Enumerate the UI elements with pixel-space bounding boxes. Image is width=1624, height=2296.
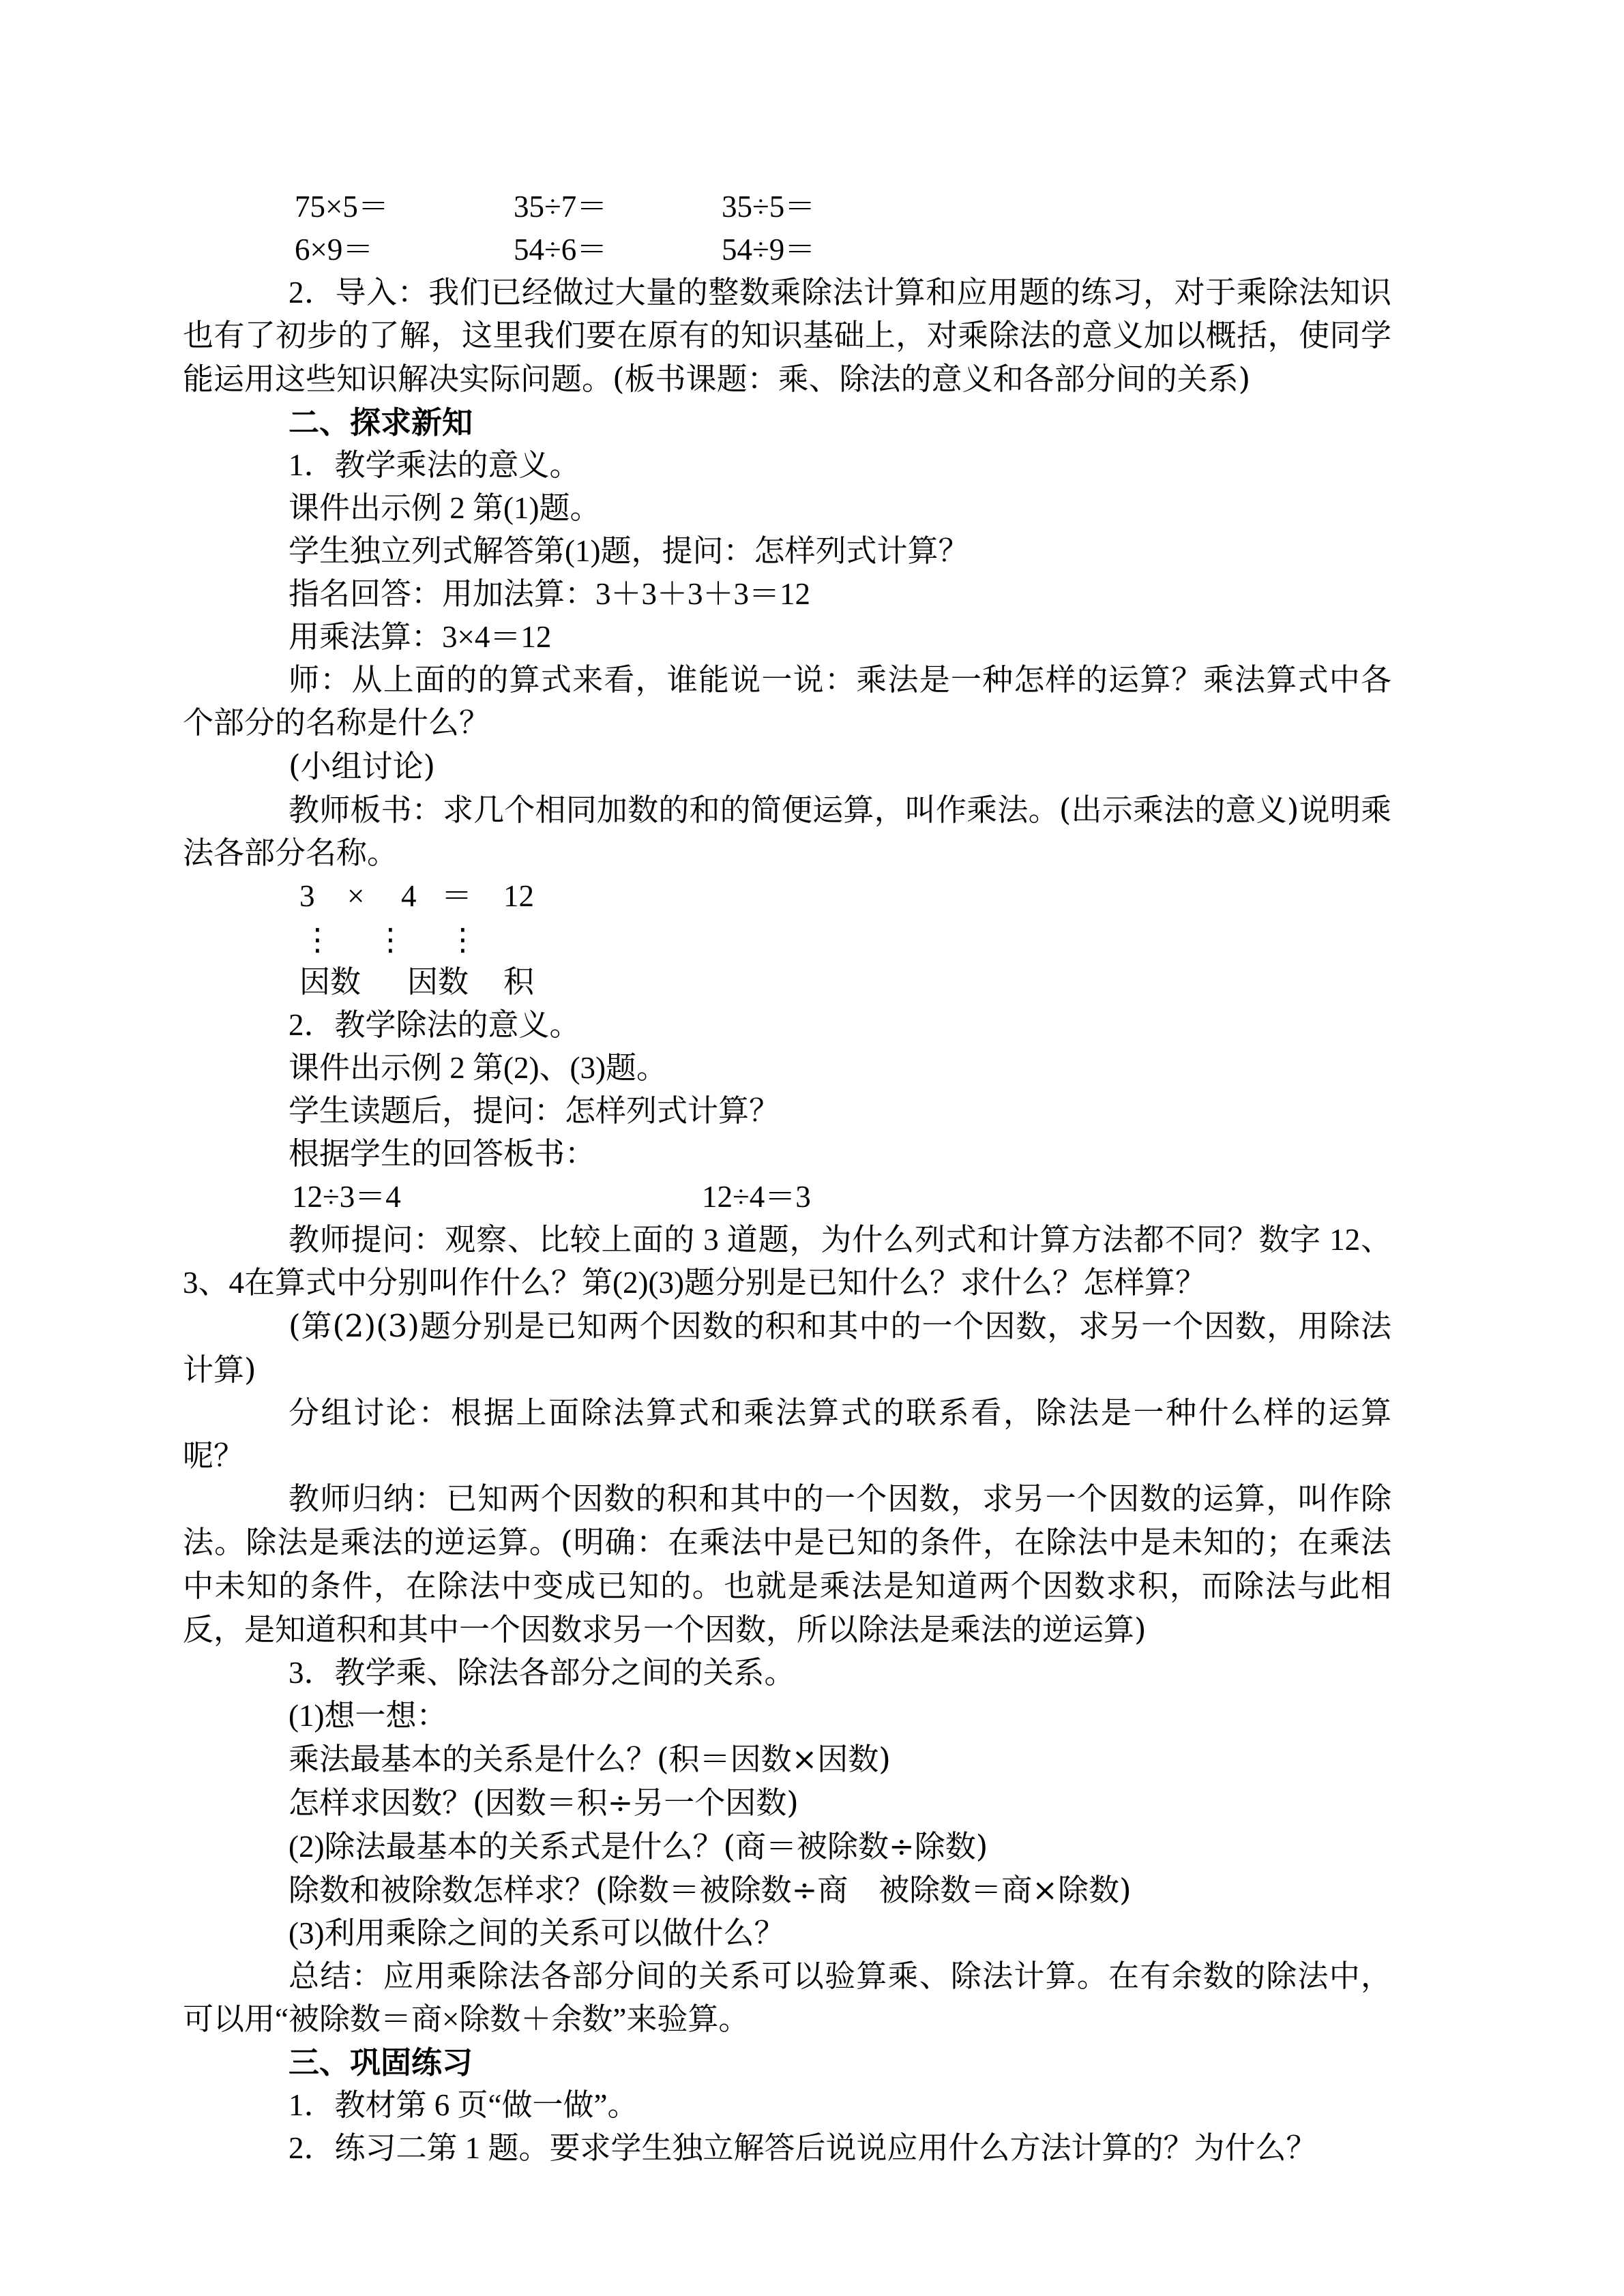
text-segment: 1．教材第 6 页“做一做”。 (289, 2088, 638, 2122)
multiplication-parts-labels: 因数因数积 (183, 961, 1391, 1004)
equation-row: 6×9＝54÷6＝54÷9＝ (183, 228, 1391, 271)
paragraph: 2．练习二第 1 题。要求学生独立解答后说说应用什么方法计算的？为什么？ (183, 2127, 1391, 2170)
equation-cell: 4 (401, 875, 417, 918)
annotation-text: (出示乘法的意义) (1059, 792, 1299, 828)
paragraph: 教师提问：观察、比较上面的 3 道题，为什么列式和计算方法都不同？数字 12、3… (183, 1219, 1391, 1304)
paragraph: (2)除法最基本的关系式是什么？(商＝被除数÷除数) (183, 1825, 1391, 1868)
vertical-ellipsis: ⋮ (375, 918, 406, 961)
paragraph: 学生独立列式解答第(1)题，提问：怎样列式计算？ (183, 530, 1391, 573)
paragraph: 指名回答：用加法算：3＋3＋3＋3＝12 (183, 573, 1391, 616)
section-heading: 三、巩固练习 (183, 2041, 1391, 2084)
paragraph: 3．教学乘、除法各部分之间的关系。 (183, 1652, 1391, 1695)
paragraph: 1．教材第 6 页“做一做”。 (183, 2084, 1391, 2127)
paragraph: 除数和被除数怎样求？(除数＝被除数÷商 被除数＝商×除数) (183, 1868, 1391, 1912)
paragraph: (小组讨论) (183, 745, 1391, 788)
paragraph: (3)利用乘除之间的关系可以做什么？ (183, 1912, 1391, 1955)
annotation-text: (板书课题：乘、除法的意义和各部分间的关系) (612, 361, 1250, 397)
text-segment: 教师板书：求几个相同加数的和的简便运算，叫作乘法。 (289, 793, 1059, 827)
paragraph: 1．教学乘法的意义。 (183, 444, 1391, 487)
text-segment: 课件出示例 2 第(1)题。 (289, 491, 600, 525)
text-segment: 课件出示例 2 第(2)、(3)题。 (289, 1051, 667, 1085)
text-segment: 2．练习二第 1 题。要求学生独立解答后说说应用什么方法计算的？为什么？ (289, 2131, 1317, 2165)
annotation-text: (因数＝积÷另一个因数) (473, 1785, 799, 1821)
division-equations-row: 12÷3＝412÷4＝3 (183, 1176, 1391, 1219)
paragraph: 总结：应用乘除法各部分间的关系可以验算乘、除法计算。在有余数的除法中，可以用“被… (183, 1955, 1391, 2041)
equation-cell: 积 (503, 961, 534, 1004)
paragraph: (第(2)(3)题分别是已知两个因数的积和其中的一个因数，求另一个因数，用除法计… (183, 1304, 1391, 1392)
paragraph-intro: 2．导入：我们已经做过大量的整数乘除法计算和应用题的练习，对于乘除法知识也有了初… (183, 271, 1391, 401)
text-segment: 1．教学乘法的意义。 (289, 448, 580, 482)
text-segment: (2)除法最基本的关系式是什么？ (289, 1830, 723, 1864)
text-segment: 2．教学除法的意义。 (289, 1008, 580, 1042)
annotation-text: (除数＝被除数÷商 被除数＝商×除数) (595, 1872, 1132, 1908)
paragraph: 乘法最基本的关系是什么？(积＝因数×因数) (183, 1738, 1391, 1781)
equation-cell: 3 (299, 875, 315, 918)
equation-cell: 54÷6＝ (514, 228, 607, 271)
equation-cell: 因数 (407, 961, 469, 1004)
vertical-dots-row: ⋮⋮⋮ (183, 918, 1391, 961)
paragraph: 怎样求因数？(因数＝积÷另一个因数) (183, 1781, 1391, 1825)
equation-cell: 54÷9＝ (722, 228, 815, 271)
text-segment: (3)利用乘除之间的关系可以做什么？ (289, 1916, 784, 1950)
paragraph: 师：从上面的的算式来看，谁能说一说：乘法是一种怎样的运算？乘法算式中各个部分的名… (183, 659, 1391, 745)
paragraph: 根据学生的回答板书： (183, 1133, 1391, 1176)
text-segment: 3．教学乘、除法各部分之间的关系。 (289, 1656, 795, 1690)
equation-row: 75×5＝35÷7＝35÷5＝ (183, 185, 1391, 228)
paragraph: 教师归纳：已知两个因数的积和其中的一个因数，求另一个因数的运算，叫作除法。除法是… (183, 1478, 1391, 1652)
equation-cell: 35÷5＝ (722, 185, 815, 228)
paragraph: 用乘法算：3×4＝12 (183, 616, 1391, 659)
text-segment: (1)想一想： (289, 1699, 447, 1733)
equation-cell: 12÷3＝4 (292, 1176, 401, 1219)
text-segment: 学生独立列式解答第(1)题，提问：怎样列式计算？ (289, 534, 969, 568)
paragraph: (1)想一想： (183, 1695, 1391, 1738)
vertical-ellipsis: ⋮ (302, 918, 333, 961)
paragraph: 学生读题后，提问：怎样列式计算？ (183, 1090, 1391, 1133)
text-segment: 师：从上面的的算式来看，谁能说一说：乘法是一种怎样的运算？乘法算式中各个部分的名… (183, 663, 1391, 740)
annotation-text: (积＝因数×因数) (657, 1741, 891, 1777)
text-segment: 除数和被除数怎样求？ (289, 1873, 595, 1907)
text-segment: 根据学生的回答板书： (289, 1137, 595, 1171)
equation-cell: 75×5＝ (295, 185, 389, 228)
equation-cell: 12÷4＝3 (702, 1176, 811, 1219)
annotation-text: (小组讨论) (289, 748, 435, 784)
paragraph: 2．教学除法的意义。 (183, 1004, 1391, 1047)
text-segment: 乘法最基本的关系是什么？ (289, 1742, 657, 1776)
equation-cell: 因数 (299, 961, 361, 1004)
text-segment: 学生读题后，提问：怎样列式计算？ (289, 1094, 780, 1128)
annotation-text: (商＝被除数÷除数) (723, 1828, 988, 1864)
text-segment: 教师提问：观察、比较上面的 3 道题，为什么列式和计算方法都不同？数字 12、3… (183, 1223, 1391, 1300)
paragraph: 分组讨论：根据上面除法算式和乘法算式的联系看，除法是一种什么样的运算呢？ (183, 1392, 1391, 1478)
text-segment: 分组讨论：根据上面除法算式和乘法算式的联系看，除法是一种什么样的运算呢？ (183, 1396, 1391, 1473)
text-segment: 指名回答：用加法算：3＋3＋3＋3＝12 (289, 577, 810, 611)
text-segment: 怎样求因数？ (289, 1786, 473, 1820)
document-body: 75×5＝35÷7＝35÷5＝6×9＝54÷6＝54÷9＝2．导入：我们已经做过… (183, 185, 1391, 2170)
paragraph: 教师板书：求几个相同加数的和的简便运算，叫作乘法。(出示乘法的意义)说明乘法各部… (183, 788, 1391, 875)
annotation-text: (第(2)(3)题分别是已知两个因数的积和其中的一个因数，求另一个因数，用除法计… (183, 1308, 1391, 1388)
text-segment: 二、探求新知 (289, 405, 473, 440)
document-page: 75×5＝35÷7＝35÷5＝6×9＝54÷6＝54÷9＝2．导入：我们已经做过… (0, 0, 1624, 2296)
equation-cell: 35÷7＝ (514, 185, 607, 228)
paragraph: 课件出示例 2 第(2)、(3)题。 (183, 1047, 1391, 1090)
paragraph: 课件出示例 2 第(1)题。 (183, 487, 1391, 530)
equation-cell: × (347, 875, 364, 918)
text-segment: 总结：应用乘除法各部分间的关系可以验算乘、除法计算。在有余数的除法中，可以用“被… (183, 1959, 1391, 2036)
section-heading: 二、探求新知 (183, 401, 1391, 444)
text-segment: 三、巩固练习 (289, 2045, 473, 2080)
multiplication-parts-expression: 3×4＝12 (183, 875, 1391, 918)
vertical-ellipsis: ⋮ (447, 918, 478, 961)
text-segment: 用乘法算：3×4＝12 (289, 620, 551, 654)
equation-cell: 12 (503, 875, 534, 918)
equation-cell: ＝ (441, 875, 472, 918)
equation-cell: 6×9＝ (295, 228, 373, 271)
